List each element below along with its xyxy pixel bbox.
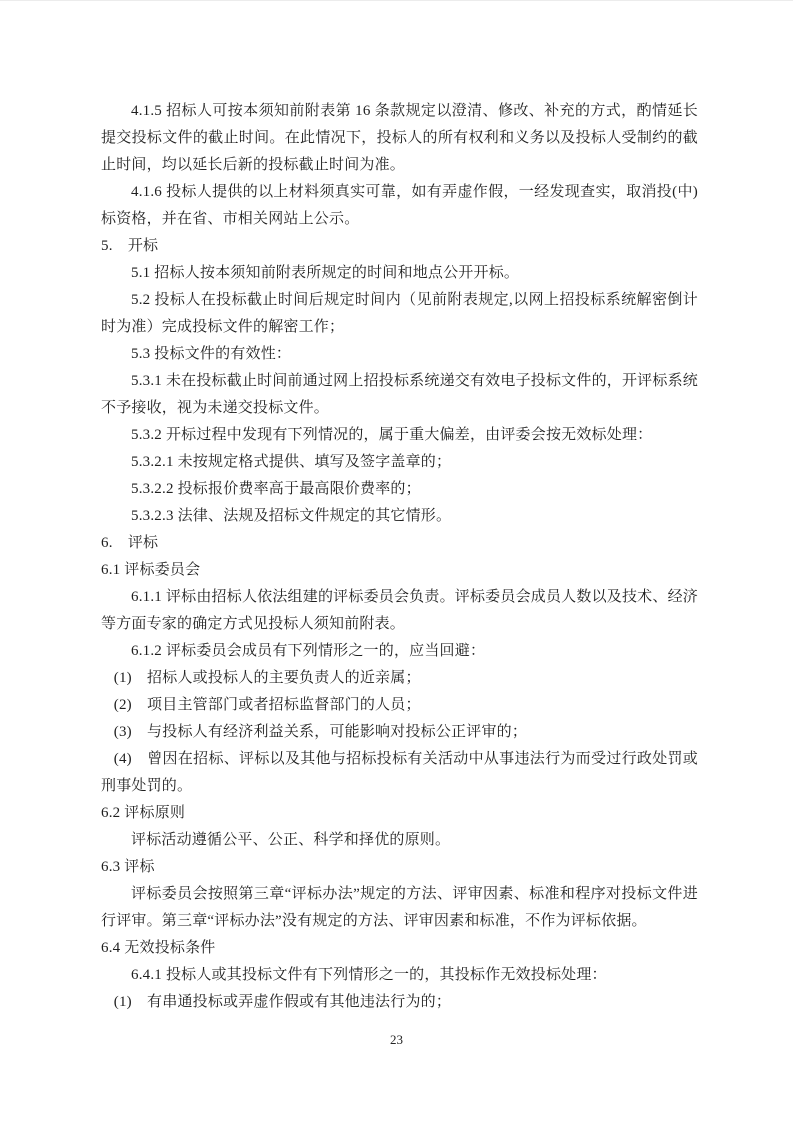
paragraph-list: (1) 招标人或投标人的主要负责人的近亲属； bbox=[101, 665, 698, 692]
document-page: 4.1.5 招标人可按本须知前附表第 16 条款规定以澄清、修改、补充的方式，酌… bbox=[0, 0, 793, 1123]
paragraph-body: 6.1.2 评标委员会成员有下列情形之一的，应当回避： bbox=[101, 638, 698, 665]
paragraph-body: 6.1.1 评标由招标人依法组建的评标委员会负责。评标委员会成员人数以及技术、经… bbox=[101, 584, 698, 638]
paragraph-body: 5.1 招标人按本须知前附表所规定的时间和地点公开开标。 bbox=[101, 260, 698, 287]
paragraph-body: 5.3.2.3 法律、法规及招标文件规定的其它情形。 bbox=[101, 503, 698, 530]
paragraph-heading: 6.1 评标委员会 bbox=[101, 557, 698, 584]
paragraph-body: 5.3 投标文件的有效性： bbox=[101, 341, 698, 368]
paragraph-body: 5.3.2 开标过程中发现有下列情况的，属于重大偏差，由评委会按无效标处理： bbox=[101, 422, 698, 449]
document-content: 4.1.5 招标人可按本须知前附表第 16 条款规定以澄清、修改、补充的方式，酌… bbox=[101, 98, 698, 1016]
paragraph-heading: 5. 开标 bbox=[101, 233, 698, 260]
paragraph-body: 5.3.1 未在投标截止时间前通过网上招投标系统递交有效电子投标文件的，开评标系… bbox=[101, 368, 698, 422]
paragraph-list: (2) 项目主管部门或者招标监督部门的人员； bbox=[101, 692, 698, 719]
paragraph-body: 评标委员会按照第三章“评标办法”规定的方法、评审因素、标准和程序对投标文件进行评… bbox=[101, 881, 698, 935]
paragraph-heading: 6.2 评标原则 bbox=[101, 800, 698, 827]
paragraph-body: 5.3.2.1 未按规定格式提供、填写及签字盖章的； bbox=[101, 449, 698, 476]
page-number: 23 bbox=[0, 1032, 793, 1048]
paragraph-list: (1) 有串通投标或弄虚作假或有其他违法行为的； bbox=[101, 989, 698, 1016]
paragraph-body: 评标活动遵循公平、公正、科学和择优的原则。 bbox=[101, 827, 698, 854]
paragraph-body: 5.2 投标人在投标截止时间后规定时间内（见前附表规定,以网上招投标系统解密倒计… bbox=[101, 287, 698, 341]
paragraph-heading: 6.4 无效投标条件 bbox=[101, 935, 698, 962]
paragraph-heading: 6. 评标 bbox=[101, 530, 698, 557]
paragraph-list: (4) 曾因在招标、评标以及其他与招标投标有关活动中从事违法行为而受过行政处罚或… bbox=[101, 746, 698, 800]
paragraph-list: (3) 与投标人有经济利益关系，可能影响对投标公正评审的； bbox=[101, 719, 698, 746]
paragraph-body: 5.3.2.2 投标报价费率高于最高限价费率的； bbox=[101, 476, 698, 503]
paragraph-body: 4.1.6 投标人提供的以上材料须真实可靠，如有弄虚作假，一经发现查实，取消投(… bbox=[101, 179, 698, 233]
paragraph-heading: 6.3 评标 bbox=[101, 854, 698, 881]
paragraph-body: 6.4.1 投标人或其投标文件有下列情形之一的，其投标作无效投标处理： bbox=[101, 962, 698, 989]
paragraph-body: 4.1.5 招标人可按本须知前附表第 16 条款规定以澄清、修改、补充的方式，酌… bbox=[101, 98, 698, 179]
